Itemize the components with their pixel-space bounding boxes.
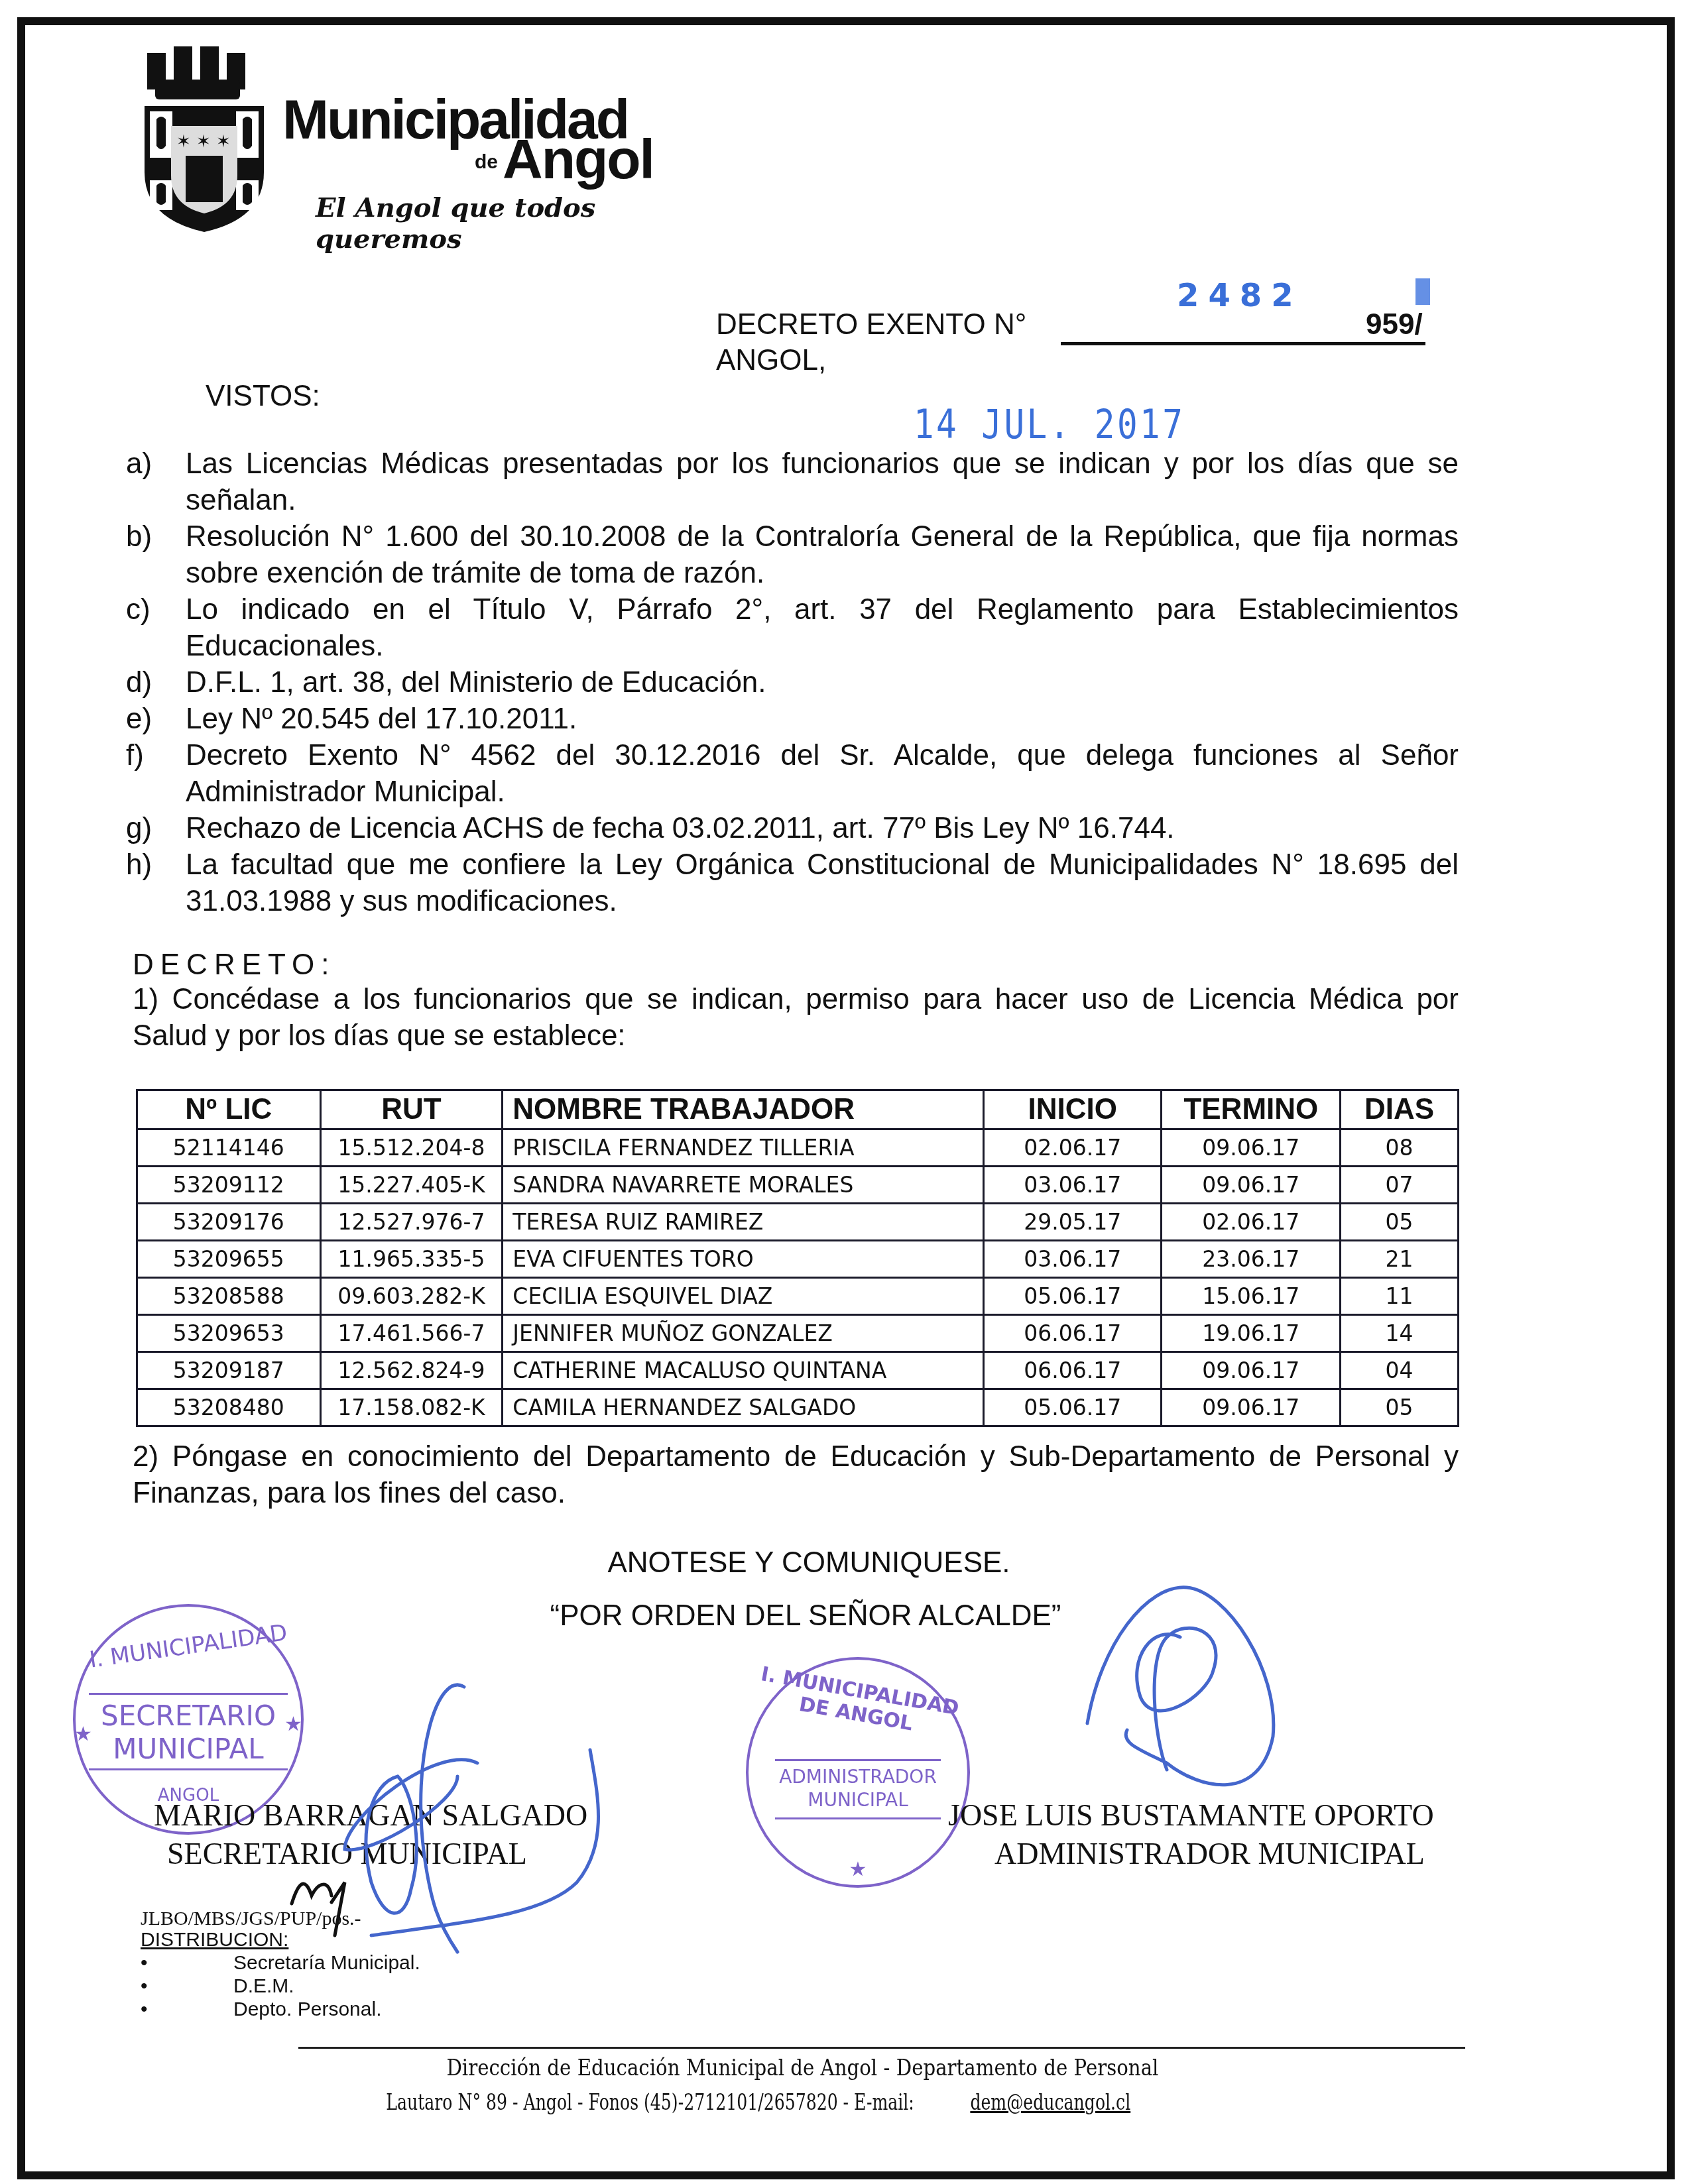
distribution-item: •Secretaría Municipal. bbox=[141, 1951, 420, 1975]
signer-title: ADMINISTRADOR MUNICIPAL bbox=[948, 1835, 1434, 1873]
table-cell: 53209112 bbox=[137, 1167, 321, 1204]
decreto-printed-suffix: 959/ bbox=[1366, 306, 1423, 343]
footer-divider bbox=[298, 2047, 1465, 2049]
table-header-cell: NOMBRE TRABAJADOR bbox=[503, 1090, 984, 1129]
table-cell: 09.06.17 bbox=[1162, 1129, 1341, 1167]
table-row: 5211414615.512.204-8PRISCILA FERNANDEZ T… bbox=[137, 1129, 1459, 1167]
table-cell: 15.512.204-8 bbox=[320, 1129, 503, 1167]
table-cell: 12.527.976-7 bbox=[320, 1204, 503, 1241]
table-cell: 17.158.082-K bbox=[320, 1389, 503, 1426]
seal-star-icon: ★ bbox=[284, 1713, 302, 1736]
table-cell: SANDRA NAVARRETE MORALES bbox=[503, 1167, 984, 1204]
table-cell: 53209653 bbox=[137, 1315, 321, 1352]
table-cell: CATHERINE MACALUSO QUINTANA bbox=[503, 1352, 984, 1389]
vistos-item-text: Lo indicado en el Título V, Párrafo 2°, … bbox=[186, 591, 1459, 664]
table-row: 5320965317.461.566-7JENNIFER MUÑOZ GONZA… bbox=[137, 1315, 1459, 1352]
bullet-icon: • bbox=[141, 1951, 233, 1975]
references-initials: JLBO/MBS/JGS/PUP/pos.- bbox=[141, 1908, 361, 1930]
table-cell: 05 bbox=[1341, 1204, 1459, 1241]
seal-star-icon: ★ bbox=[749, 1858, 967, 1881]
distribution-item: •Depto. Personal. bbox=[141, 1998, 420, 2021]
footer-email-link[interactable]: dem@educangol.cl bbox=[970, 2089, 1130, 2116]
table-cell: 02.06.17 bbox=[1162, 1204, 1341, 1241]
vistos-item: b)Resolución N° 1.600 del 30.10.2008 de … bbox=[126, 518, 1459, 591]
table-cell: 15.227.405-K bbox=[320, 1167, 503, 1204]
table-cell: CAMILA HERNANDEZ SALGADO bbox=[503, 1389, 984, 1426]
table-cell: 09.603.282-K bbox=[320, 1278, 503, 1315]
administrador-seal: I. MUNICIPALIDAD DE ANGOL ADMINISTRADOR … bbox=[746, 1657, 970, 1888]
table-row: 5320848017.158.082-KCAMILA HERNANDEZ SAL… bbox=[137, 1389, 1459, 1426]
vistos-item-marker: h) bbox=[126, 846, 186, 919]
signer-secretario: MARIO BARRAGAN SALGADO SECRETARIO MUNICI… bbox=[154, 1796, 587, 1873]
table-cell: 29.05.17 bbox=[983, 1204, 1162, 1241]
svg-text:✶: ✶ bbox=[196, 131, 211, 151]
vistos-item-text: Decreto Exento N° 4562 del 30.12.2016 de… bbox=[186, 737, 1459, 810]
vistos-item: c)Lo indicado en el Título V, Párrafo 2°… bbox=[126, 591, 1459, 664]
table-cell: 06.06.17 bbox=[983, 1352, 1162, 1389]
por-orden-text: “POR ORDEN DEL SEÑOR ALCALDE” bbox=[550, 1597, 1061, 1634]
vistos-item-text: Las Licencias Médicas presentadas por lo… bbox=[186, 445, 1459, 518]
bullet-icon: • bbox=[141, 1975, 233, 1998]
vistos-item-marker: g) bbox=[126, 810, 186, 846]
table-header-row: Nº LICRUTNOMBRE TRABAJADORINICIOTERMINOD… bbox=[137, 1090, 1459, 1129]
seal-line-1: ADMINISTRADOR bbox=[749, 1766, 967, 1788]
table-cell: 53209655 bbox=[137, 1241, 321, 1278]
table-cell: 15.06.17 bbox=[1162, 1278, 1341, 1315]
vistos-list: a)Las Licencias Médicas presentadas por … bbox=[126, 445, 1459, 919]
table-cell: 08 bbox=[1341, 1129, 1459, 1167]
distribution-item-text: Depto. Personal. bbox=[233, 1998, 381, 2021]
signer-administrador: JOSE LUIS BUSTAMANTE OPORTO ADMINISTRADO… bbox=[948, 1796, 1434, 1873]
table-row: 5320917612.527.976-7TERESA RUIZ RAMIREZ2… bbox=[137, 1204, 1459, 1241]
table-cell: 53209187 bbox=[137, 1352, 321, 1389]
table-cell: JENNIFER MUÑOZ GONZALEZ bbox=[503, 1315, 984, 1352]
table-cell: 12.562.824-9 bbox=[320, 1352, 503, 1389]
footer-address: Lautaro N° 89 - Angol - Fonos (45)-27121… bbox=[386, 2089, 914, 2116]
table-row: 5320918712.562.824-9CATHERINE MACALUSO Q… bbox=[137, 1352, 1459, 1389]
table-cell: 05.06.17 bbox=[983, 1389, 1162, 1426]
vistos-item: g)Rechazo de Licencia ACHS de fecha 03.0… bbox=[126, 810, 1459, 846]
seal-line-2: MUNICIPAL bbox=[749, 1789, 967, 1811]
stamped-decree-number: 2482 bbox=[1177, 277, 1303, 314]
licenses-table: Nº LICRUTNOMBRE TRABAJADORINICIOTERMINOD… bbox=[136, 1089, 1459, 1427]
vistos-item-marker: b) bbox=[126, 518, 186, 591]
table-cell: 17.461.566-7 bbox=[320, 1315, 503, 1352]
table-cell: 53208588 bbox=[137, 1278, 321, 1315]
date-stamp: 14 JUL. 2017 bbox=[914, 402, 1185, 448]
table-header-cell: RUT bbox=[320, 1090, 503, 1129]
decreto-city: ANGOL, bbox=[716, 342, 826, 378]
table-cell: 21 bbox=[1341, 1241, 1459, 1278]
footer-department: Dirección de Educación Municipal de Ango… bbox=[446, 2055, 1158, 2081]
svg-text:✶: ✶ bbox=[176, 131, 191, 151]
decreto-label: DECRETO EXENTO N° bbox=[716, 306, 1026, 343]
table-cell: 11 bbox=[1341, 1278, 1459, 1315]
seal-line-1: SECRETARIO bbox=[76, 1699, 301, 1732]
bullet-icon: • bbox=[141, 1998, 233, 2021]
table-cell: EVA CIFUENTES TORO bbox=[503, 1241, 984, 1278]
table-cell: 05 bbox=[1341, 1389, 1459, 1426]
table-cell: 03.06.17 bbox=[983, 1241, 1162, 1278]
table-cell: 09.06.17 bbox=[1162, 1389, 1341, 1426]
signer-title: SECRETARIO MUNICIPAL bbox=[154, 1835, 587, 1873]
table-cell: 02.06.17 bbox=[983, 1129, 1162, 1167]
svg-text:✶: ✶ bbox=[216, 131, 231, 151]
vistos-item-marker: f) bbox=[126, 737, 186, 810]
signer-name: MARIO BARRAGAN SALGADO bbox=[154, 1796, 587, 1835]
distribution-title-text: DISTRIBUCION bbox=[141, 1929, 283, 1951]
table-cell: 06.06.17 bbox=[983, 1315, 1162, 1352]
table-cell: 53208480 bbox=[137, 1389, 321, 1426]
table-header-cell: TERMINO bbox=[1162, 1090, 1341, 1129]
distribution-item-text: Secretaría Municipal. bbox=[233, 1951, 420, 1975]
table-row: 5320965511.965.335-5EVA CIFUENTES TORO03… bbox=[137, 1241, 1459, 1278]
vistos-item: h)La facultad que me confiere la Ley Org… bbox=[126, 846, 1459, 919]
decreto-section-title: DECRETO: bbox=[133, 947, 336, 983]
coat-of-arms-icon: ✶✶✶ bbox=[138, 40, 271, 232]
table-cell: 07 bbox=[1341, 1167, 1459, 1204]
vistos-item-marker: d) bbox=[126, 664, 186, 701]
footer-line-1: Dirección de Educación Municipal de Ango… bbox=[0, 2055, 1684, 2081]
footer-line-2: Lautaro N° 89 - Angol - Fonos (45)-27121… bbox=[0, 2089, 1684, 2116]
vistos-item-marker: e) bbox=[126, 701, 186, 737]
table-cell: 11.965.335-5 bbox=[320, 1241, 503, 1278]
table-header-cell: INICIO bbox=[983, 1090, 1162, 1129]
resolution-point-1: 1) Concédase a los funcionarios que se i… bbox=[133, 981, 1459, 1054]
vistos-item: e)Ley Nº 20.545 del 17.10.2011. bbox=[126, 701, 1459, 737]
table-cell: 05.06.17 bbox=[983, 1278, 1162, 1315]
table-cell: TERESA RUIZ RAMIREZ bbox=[503, 1204, 984, 1241]
vistos-item-marker: c) bbox=[126, 591, 186, 664]
brand-angol: Angol bbox=[503, 127, 654, 192]
table-cell: 52114146 bbox=[137, 1129, 321, 1167]
resolution-point-2: 2) Póngase en conocimiento del Departame… bbox=[133, 1438, 1459, 1511]
table-cell: PRISCILA FERNANDEZ TILLERIA bbox=[503, 1129, 984, 1167]
distribution-item: •D.E.M. bbox=[141, 1975, 420, 1998]
distribution-list: •Secretaría Municipal.•D.E.M.•Depto. Per… bbox=[141, 1951, 420, 2021]
municipal-logo: ✶✶✶ Municipalidad de Angol El Angol que … bbox=[130, 33, 660, 232]
table-cell: 09.06.17 bbox=[1162, 1167, 1341, 1204]
table-cell: 23.06.17 bbox=[1162, 1241, 1341, 1278]
table-cell: 03.06.17 bbox=[983, 1167, 1162, 1204]
vistos-item: d)D.F.L. 1, art. 38, del Ministerio de E… bbox=[126, 664, 1459, 701]
signer-name: JOSE LUIS BUSTAMANTE OPORTO bbox=[948, 1796, 1434, 1835]
anotese-line: ANOTESE Y COMUNIQUESE. bbox=[0, 1544, 1684, 1581]
table-row: 5320858809.603.282-KCECILIA ESQUIVEL DIA… bbox=[137, 1278, 1459, 1315]
vistos-item-text: Resolución N° 1.600 del 30.10.2008 de la… bbox=[186, 518, 1459, 591]
vistos-item-text: La facultad que me confiere la Ley Orgán… bbox=[186, 846, 1459, 919]
distribution-item-text: D.E.M. bbox=[233, 1975, 294, 1998]
table-row: 5320911215.227.405-KSANDRA NAVARRETE MOR… bbox=[137, 1167, 1459, 1204]
table-cell: 14 bbox=[1341, 1315, 1459, 1352]
vistos-item-marker: a) bbox=[126, 445, 186, 518]
brand-motto: El Angol que todos queremos bbox=[316, 192, 660, 255]
anotese-text: ANOTESE Y COMUNIQUESE. bbox=[607, 1544, 1010, 1581]
vistos-item: a)Las Licencias Médicas presentadas por … bbox=[126, 445, 1459, 518]
seal-star-icon: ★ bbox=[74, 1723, 92, 1746]
table-cell: 04 bbox=[1341, 1352, 1459, 1389]
table-cell: 53209176 bbox=[137, 1204, 321, 1241]
brand-de: de bbox=[475, 151, 498, 174]
table-header-cell: Nº LIC bbox=[137, 1090, 321, 1129]
stamp-mark-icon bbox=[1415, 278, 1430, 305]
seal-line-2: MUNICIPAL bbox=[76, 1733, 301, 1765]
table-cell: CECILIA ESQUIVEL DIAZ bbox=[503, 1278, 984, 1315]
vistos-item: f)Decreto Exento N° 4562 del 30.12.2016 … bbox=[126, 737, 1459, 810]
distribution-title: DISTRIBUCION: bbox=[141, 1929, 288, 1951]
vistos-item-text: D.F.L. 1, art. 38, del Ministerio de Edu… bbox=[186, 664, 1459, 701]
table-cell: 19.06.17 bbox=[1162, 1315, 1341, 1352]
vistos-item-text: Rechazo de Licencia ACHS de fecha 03.02.… bbox=[186, 810, 1459, 846]
vistos-item-text: Ley Nº 20.545 del 17.10.2011. bbox=[186, 701, 1459, 737]
table-cell: 09.06.17 bbox=[1162, 1352, 1341, 1389]
table-header-cell: DIAS bbox=[1341, 1090, 1459, 1129]
vistos-title: VISTOS: bbox=[206, 378, 320, 414]
